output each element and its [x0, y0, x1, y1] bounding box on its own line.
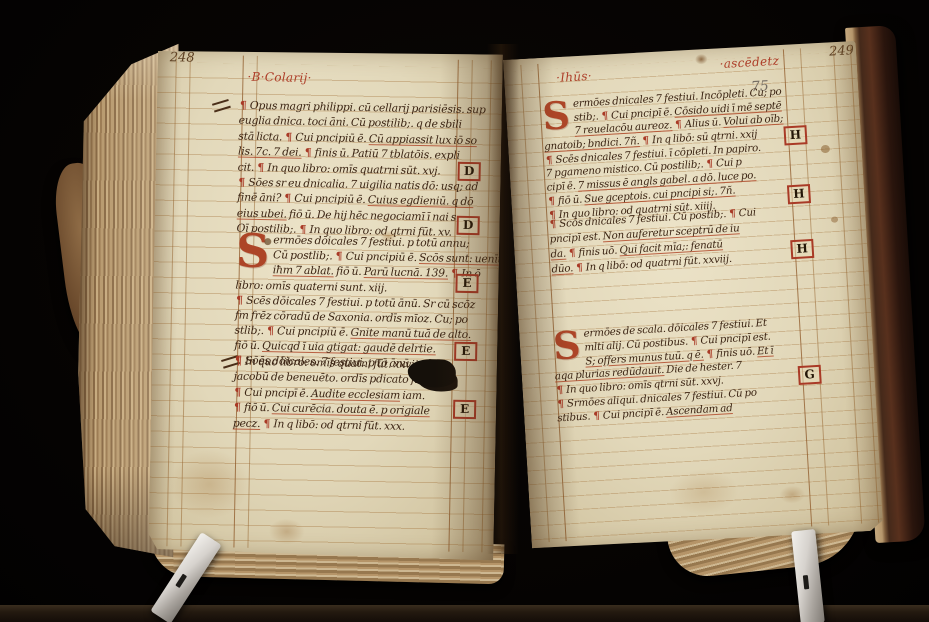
text-line: lis. 7c. 7 dei. ¶ finis ū. Patiū 7 tblat…: [238, 144, 464, 164]
ruling-grid: [504, 51, 884, 541]
text-line: ¶ In quo libro: od quatrni sūt. xiiij.: [548, 194, 798, 222]
margin-letter-column: [503, 39, 855, 60]
text-line: fm frēz cōradū de Saxonia. ordīs mīoz. C…: [235, 307, 463, 327]
text-line: pncipī est. Non auferetur sceptrū de iu: [549, 218, 799, 248]
rubricated-initial: S: [552, 328, 585, 366]
ruling-vertical: [462, 60, 472, 552]
margin-letter-box: H: [790, 239, 814, 259]
text-line: gnatoib; bndici. 7ñ. ¶ In q libō: sū qtr…: [544, 126, 794, 154]
text-line: ¶ Scōs dnicales 7 festiui. Cū postib;. ¶…: [548, 203, 798, 233]
ruling-vertical: [833, 46, 862, 523]
correction-mark: [221, 355, 240, 369]
text-block: Sermōes de scala. dōicales 7 festiui. Et…: [552, 314, 812, 426]
text-line: euglia dnica. toci āni. Cū postilib;. q …: [238, 113, 464, 133]
text-block: Sermōes dnicales 7 festiui. Incōpleti. C…: [541, 85, 798, 223]
text-line: finē āni? ¶ Cui pncipiū ē. Cuius egdieni…: [237, 190, 463, 210]
margin-letter-box: H: [783, 125, 807, 145]
ruling-grid: [148, 62, 502, 553]
text-line: ¶ Sōēs dōicales. 7 festiui. p tō ānū. s;…: [234, 353, 462, 373]
text-line: jacobū de beneuēto. ordīs pdicato fius: [234, 368, 462, 388]
text-line: Oī postilib;. ¶ In quo libro: od qtrni f…: [236, 221, 462, 241]
running-header-left: ·B·Colarij·: [247, 70, 312, 85]
ruling-vertical: [180, 55, 190, 547]
text-line: stlib;. ¶ Cui pncipiū ē. Gnite manū tuā …: [234, 323, 462, 343]
parchment-stain: [268, 518, 304, 545]
ruling-vertical: [537, 64, 566, 541]
text-line: Cū postlib;. ¶ Cui pncipiū ē. Scōs sunt:…: [236, 247, 464, 267]
text-line: mlti alij. Cū postibus. ¶ Cui pncipī est…: [553, 328, 808, 357]
text-line: ¶ fiō ū. Sue gceptois. cui pncipi si;. 7…: [547, 181, 797, 209]
text-line: ¶ Opus magri philippi. cū cellarij paris…: [239, 98, 465, 118]
text-line: ermōes de scala. dōicales 7 festiui. Et: [552, 314, 807, 343]
parchment-speck: [264, 238, 271, 245]
text-line: libro: omīs quaterni sunt. xiij.: [235, 277, 463, 297]
text-line: ¶ Srmōes aliqui. dnicales 7 festiui. Cū …: [556, 383, 811, 412]
parchment-stain: [380, 230, 396, 242]
parchment-stain: [779, 485, 806, 505]
text-line: ermōes dnicales 7 festiui. Incōpleti. Cu…: [541, 85, 791, 113]
ruling-vertical: [783, 49, 812, 526]
parchment-stain: [668, 467, 741, 517]
text-block: Sermōes dōicales 7 festiui. p totū annu;…: [234, 232, 465, 373]
ruling-vertical: [520, 65, 549, 542]
ink-blot-hole: [408, 359, 457, 388]
text-line: cipī ē. 7 missus ē angls gabel. a dō. lu…: [546, 167, 796, 195]
parchment-speck: [695, 54, 708, 65]
gutter-shadow: [487, 44, 519, 554]
margin-letter-box: E: [455, 274, 478, 293]
rubricated-initial: S: [236, 232, 274, 276]
pencil-foliation: 75: [751, 78, 770, 95]
text-block: ¶ Scōs dnicales 7 festiui. Cū postib;. ¶…: [548, 203, 801, 278]
parchment-speck: [821, 145, 830, 154]
text-block: ¶ Opus magri philippi. cū cellarij paris…: [236, 98, 465, 241]
text-line: stib;. ¶ Cui pncipī ē. Cōsido uidi ī mē …: [542, 99, 792, 127]
text-line: ¶ In quo libro: omīs quatni fūt. xxvij.: [234, 353, 462, 373]
ruling-vertical: [448, 60, 458, 552]
correction-mark: [212, 99, 231, 113]
margin-letter-box: H: [787, 184, 811, 204]
text-line: S; offers munus tuū. q ē. ¶ finis uō. Et…: [554, 342, 809, 371]
text-line: ermōes dōicales 7 festiui. p totū annu;: [236, 232, 464, 252]
text-line: fiō ū. Quicqd ī uia gtigat: gaudē delrti…: [234, 338, 462, 358]
margin-letter-box: G: [798, 365, 822, 385]
left-page: 248 ·B·Colarij· ¶ Opus magri philippi. c…: [148, 48, 503, 561]
ruling-vertical: [800, 48, 829, 525]
text-line: ¶ Cui pncipī ē. Audite ecclesiam iam.: [233, 384, 461, 404]
text-line: stā licta. ¶ Cui pncipiū ē. Cū appiassit…: [238, 128, 464, 148]
text-line: ¶ Scēs dōicales 7 festiui. p totū ānū. S…: [235, 292, 463, 312]
folio-number-right: 249: [829, 43, 855, 59]
folio-number-left: 248: [170, 50, 195, 65]
text-line: ¶ Scēs dnicales 7 festiui. ī cōpleti. In…: [545, 140, 795, 168]
table-surface: [0, 605, 929, 622]
text-line: eius ubei. fiō ū. De hij hēc negociamī ī…: [237, 205, 463, 225]
text-line: dūo. ¶ In q libō: od quatrni fūt. xxviij…: [551, 248, 801, 278]
manuscript-photo: 248 ·B·Colarij· ¶ Opus magri philippi. c…: [0, 0, 929, 622]
text-line: stibus. ¶ Cui pncipī ē. Ascendam ad: [557, 397, 812, 426]
text-line: 7 reuelacōu aureoz. ¶ Alius ū. Volui ab …: [543, 112, 793, 140]
running-header-ihus: ·Ihūs·: [556, 69, 593, 85]
parchment-speck: [831, 216, 838, 222]
margin-letter-box: E: [453, 400, 476, 419]
text-line: cit. ¶ In quo libro: omīs quatrni sūt. x…: [238, 159, 464, 179]
text-line: pecz. ¶ In q libō: od qtrni fūt. xxx.: [233, 416, 461, 436]
text-line: 7 pgameno mistico. Cū postilib;. ¶ Cui p: [545, 153, 795, 181]
text-line: iħm 7 ablat. fiō ū. Parū lucnā. 139. ¶ I…: [236, 262, 464, 282]
text-line: ¶ fiō ū. Cui curēcia. douta ē. p origial…: [233, 400, 461, 420]
text-line: da. ¶ finis uō. Qui facit mīa;: fenatū: [550, 233, 800, 263]
margin-letter-box: E: [454, 342, 477, 361]
text-line: ¶ Sōes sr eu dnicalia. 7 uigilia natis d…: [237, 175, 463, 195]
text-line: aqa plurias redūdauit. Die de hester. 7: [555, 356, 810, 385]
running-header-ascendet: ·ascēdetz: [719, 54, 779, 72]
margin-letter-column: [158, 48, 503, 55]
right-page: 249 75 ·Ihūs· ·ascēdetz Sermōes dnicales…: [503, 39, 885, 551]
ruling-vertical: [166, 54, 176, 546]
margin-letter-box: D: [456, 216, 479, 235]
ruling-vertical: [233, 56, 243, 548]
ruling-vertical: [247, 56, 257, 548]
parchment-stain: [169, 448, 250, 520]
text-block: ¶ Sōēs dōicales. 7 festiui. p tō ānū. s;…: [233, 353, 462, 436]
rubricated-initial: S: [541, 98, 574, 136]
text-line: ¶ In quo libro: omīs qtrni sūt. xxvj.: [555, 370, 810, 399]
margin-letter-box: D: [458, 162, 481, 181]
